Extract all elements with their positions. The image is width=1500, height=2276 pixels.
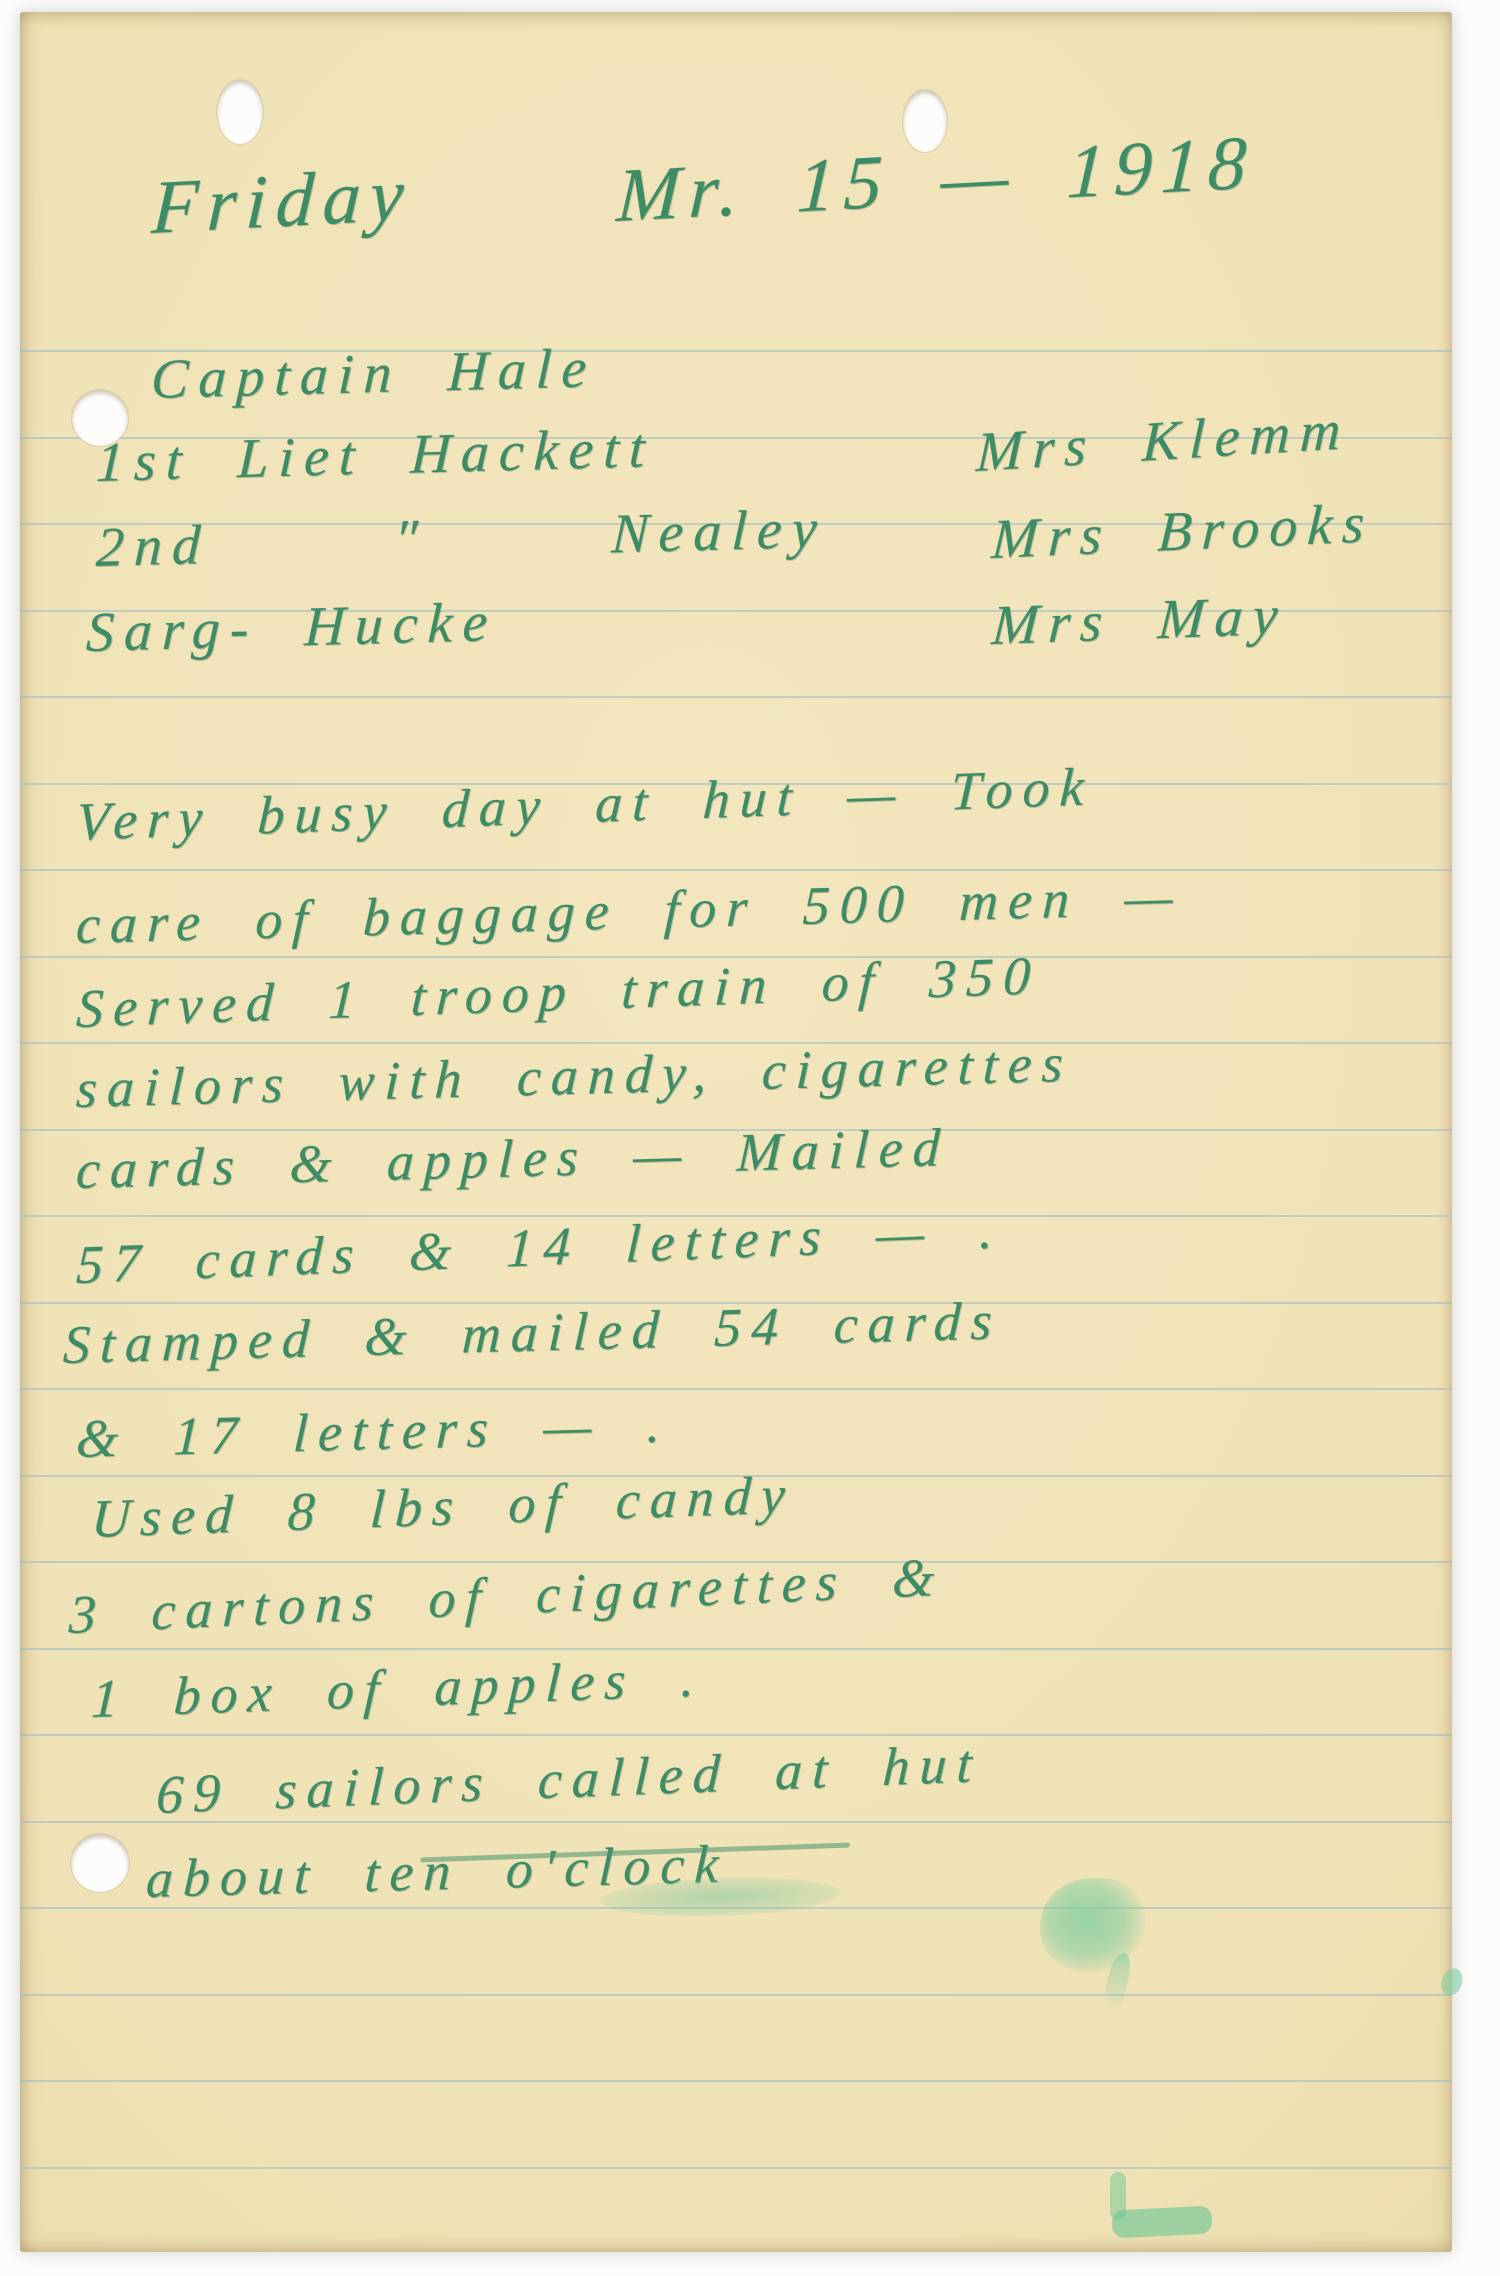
ruled-line [20, 869, 1452, 871]
diary-body-line: 69 sailors called at hut [155, 1736, 983, 1822]
diary-body-line: care of baggage for 500 men — [75, 869, 1184, 952]
diary-body-line: Used 8 lbs of candy [90, 1467, 796, 1546]
diary-body-line: cards & apples — Mailed [75, 1120, 951, 1197]
ruled-line [20, 1388, 1452, 1390]
roster-line-second-lieutenant: 2nd ″ Nealey [95, 501, 828, 576]
punch-hole-top-left [217, 80, 263, 144]
ink-blot-tail [1100, 1951, 1134, 2016]
roster-line-sergeant: Sarg- Hucke [85, 594, 499, 661]
ruled-line [20, 1648, 1452, 1650]
ruled-line [20, 1734, 1452, 1736]
roster-line-mrs-may: Mrs May [990, 588, 1289, 654]
heading-day: Friday [150, 156, 415, 246]
ink-bottom-smudge [1111, 2205, 1212, 2238]
roster-line-captain: Captain Hale [150, 340, 598, 408]
diary-body-line: Very busy day at hut — Took [75, 759, 1095, 849]
ruled-line [20, 1907, 1452, 1909]
heading-date: Mr. 15 — 1918 [615, 124, 1257, 234]
ruled-line [20, 696, 1452, 698]
diary-body-line: sailors with candy, cigarettes [75, 1036, 1074, 1116]
diary-body-line: 3 cartons of cigarettes & [68, 1550, 945, 1642]
diary-body-line: & 17 letters — . [75, 1396, 672, 1466]
ruled-line [20, 2080, 1452, 2082]
diary-body-line: Served 1 troop train of 350 [75, 948, 1042, 1036]
diary-body-line: Stamped & mailed 54 cards [62, 1293, 1003, 1372]
ink-blot [1040, 1878, 1145, 1973]
ruled-line [20, 1994, 1452, 1996]
scan-background: { "document": { "type": "handwritten-dia… [0, 0, 1500, 2276]
diary-body-line: 1 box of apples . [90, 1650, 706, 1726]
punch-hole-left-lower [71, 1834, 129, 1892]
roster-line-mrs-brooks: Mrs Brooks [990, 495, 1376, 568]
diary-page: Friday Mr. 15 — 1918 Captain Hale 1st Li… [20, 12, 1452, 2252]
roster-line-first-lieutenant: 1st Liet Hackett [95, 420, 656, 491]
ruled-line [20, 2167, 1452, 2169]
diary-body-line: about ten o'clock [145, 1837, 730, 1906]
roster-line-mrs-klemm: Mrs Klemm [975, 402, 1352, 481]
ink-bottom-smudge-nub [1110, 2172, 1126, 2220]
